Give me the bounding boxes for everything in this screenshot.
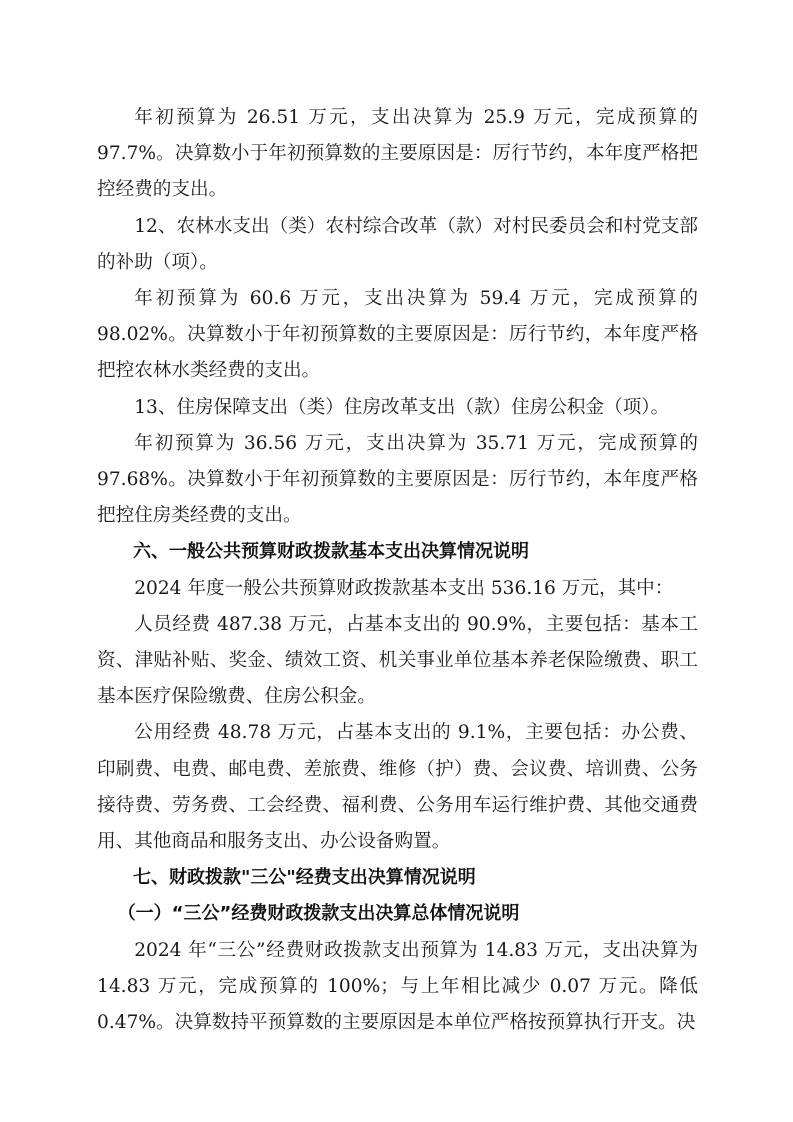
paragraph-item13-budget: 年初预算为 36.56 万元，支出决算为 35.71 万元，完成预算的 97.6… <box>97 426 698 535</box>
paragraph-personnel-expenses: 人员经费 487.38 万元，占基本支出的 90.9%，主要包括：基本工资、津贴… <box>97 607 698 716</box>
document-page: 年初预算为 26.51 万元，支出决算为 25.9 万元，完成预算的 97.7%… <box>97 100 698 1041</box>
subsection-heading-1: （一）“三公”经费财政拨款支出决算总体情况说明 <box>97 896 698 932</box>
section-heading-7: 七、财政拨款"三公"经费支出决算情况说明 <box>97 860 698 896</box>
paragraph-basic-expenditure: 2024 年度一般公共预算财政拨款基本支出 536.16 万元，其中： <box>97 571 698 607</box>
paragraph-item12-title: 12、农林水支出（类）农村综合改革（款）对村民委员会和村党支部的补助（项）。 <box>97 209 698 281</box>
paragraph-public-expenses: 公用经费 48.78 万元，占基本支出的 9.1%，主要包括：办公费、印刷费、电… <box>97 715 698 860</box>
paragraph-three-public-overall: 2024 年“三公”经费财政拨款支出预算为 14.83 万元，支出决算为 14.… <box>97 933 698 1042</box>
paragraph-item12-budget: 年初预算为 60.6 万元，支出决算为 59.4 万元，完成预算的 98.02%… <box>97 281 698 390</box>
section-heading-6: 六、一般公共预算财政拨款基本支出决算情况说明 <box>97 534 698 570</box>
paragraph-item11-budget: 年初预算为 26.51 万元，支出决算为 25.9 万元，完成预算的 97.7%… <box>97 100 698 209</box>
paragraph-item13-title: 13、住房保障支出（类）住房改革支出（款）住房公积金（项）。 <box>97 390 698 426</box>
